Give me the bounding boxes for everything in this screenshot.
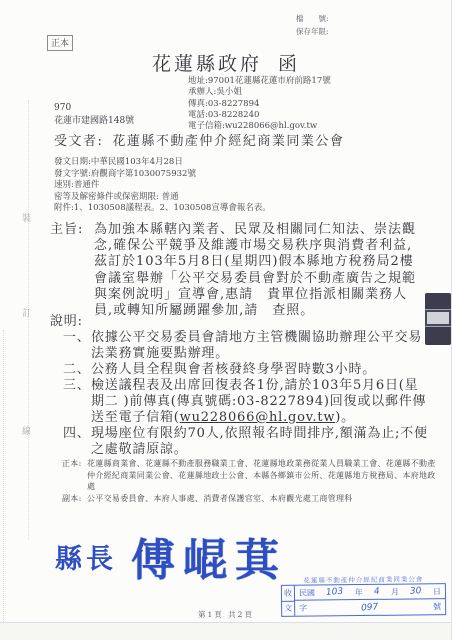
speed-class-line: 速別:普通件 <box>54 180 271 192</box>
recipient-mailing-block: 970 花蓮市建國路148號 <box>54 102 134 127</box>
explanation-item: 一、 依據公平交易委員會請地方主管機關協助辦理公平交易法業務實施要點辦理。 <box>63 330 432 362</box>
archive-labels: 檔 號: 保存年限: <box>296 12 329 38</box>
item-text: 現場座位有限約70人,依照報名時間排序,額滿為止;不便之處敬請原諒。 <box>91 426 432 458</box>
copy-recipients-row: 副本: 公平交易委員會、本府人事處、消費者保護官室、本府觀光處工商管理科 <box>62 493 438 505</box>
explanation-section: 說明: 一、 依據公平交易委員會請地方主管機關協助辦理公平交易法業務實施要點辦理… <box>50 314 432 458</box>
receipt-char-wen: 文 <box>282 601 294 616</box>
explanation-item: 三、 檢送議程表及出席回復表各1份,請於103年5月6日(星期二 )前傳真(傳真… <box>63 378 432 426</box>
number-suffix: 號 <box>433 601 441 612</box>
item-text: 公務人員全程與會者核發終身學習時數3小時。 <box>91 362 432 378</box>
explanation-item: 四、 現場座位有限約70人,依照報名時間排序,額滿為止;不便之處敬請原諒。 <box>63 426 432 458</box>
binding-mark-ding: 訂 <box>22 306 31 319</box>
original-recipients-row: 正本: 花蓮縣商業會、花蓮縣不動產服務職業工會、花蓮縣地政業務從業人員職業工會、… <box>62 458 438 493</box>
scan-bottom-margin <box>0 623 451 640</box>
item-text: 檢送議程表及出席回復表各1份,請於103年5月6日(星期二 )前傳真(傳真號碼:… <box>91 378 432 426</box>
item-number: 一、 <box>63 330 91 362</box>
month-label: 月 <box>391 586 399 597</box>
handwritten-month: 4 <box>374 587 381 597</box>
ink-seal-segment <box>425 310 451 326</box>
item-number: 三、 <box>63 378 91 426</box>
receipt-date-row: 民國 103 年 4 月 30 日 <box>295 584 445 601</box>
issue-number-line: 發文字號:府觀商字第1030075932號 <box>54 169 271 181</box>
receipt-stamp-org: 花蓮縣不動產仲介經紀商業同業公會 <box>281 574 446 585</box>
ink-seal-segment <box>425 293 451 310</box>
original-label: 正本: <box>62 458 87 493</box>
handwritten-day: 30 <box>410 586 422 597</box>
issuing-org-name: 花蓮縣政府 <box>152 53 262 75</box>
receipt-stamp-rows: 民國 103 年 4 月 30 日 字 097 號 <box>295 584 445 616</box>
subject-text: 為加強本縣轄內業者、民眾及相關同仁知法、崇法觀念,確保公平競爭及維護市場交易秩序… <box>94 222 426 319</box>
explanation-label: 說明: <box>50 314 432 330</box>
file-number-label: 檔 號: <box>296 12 329 25</box>
receipt-date-stamp: 花蓮縣不動產仲介經紀商業同業公會 收 文 民國 103 年 4 月 30 日 字 <box>281 574 446 617</box>
handwritten-year: 103 <box>326 587 344 598</box>
retention-period-label: 保存年限: <box>296 25 329 38</box>
item-number: 二、 <box>63 362 91 378</box>
addressee-line: 受文者:花蓮縣不動產仲介經紀商業同業公會 <box>54 130 344 149</box>
binding-mark-zhuang: 裝 <box>22 211 31 224</box>
receipt-stamp-grid: 收 文 民國 103 年 4 月 30 日 字 097 號 <box>281 583 446 617</box>
era-label: 民國 <box>299 587 315 598</box>
year-label: 年 <box>355 587 363 598</box>
signature-name: 傅崐萁 <box>131 524 287 588</box>
distribution-block: 正本: 花蓮縣商業會、花蓮縣不動產服務職業工會、花蓮縣地政業務從業人員職業工會、… <box>62 458 438 504</box>
copy-label: 副本: <box>62 493 87 505</box>
document-title: 花蓮縣政府函 <box>0 49 452 76</box>
issuer-address: 地址:97001花蓮縣花蓮市府前路17號 <box>188 76 331 87</box>
receipt-number-row: 字 097 號 <box>295 599 445 616</box>
receipt-char-shou: 收 <box>282 586 294 602</box>
binding-mark-xian: 線 <box>22 424 31 437</box>
item-number: 四、 <box>63 426 91 458</box>
original-recipients: 花蓮縣商業會、花蓮縣不動產服務職業工會、花蓮縣地政業務從業人員職業工會、花蓮縣不… <box>87 458 438 493</box>
receipt-stamp-left-column: 收 文 <box>282 586 295 616</box>
item-text-after: )。 <box>335 410 355 425</box>
signature-title: 縣長 <box>55 537 117 576</box>
subject-label: 主旨: <box>50 222 94 319</box>
ink-seal-segment <box>425 326 451 345</box>
security-class-line: 密等及解密條件或保密期限: 普通 <box>54 192 271 204</box>
subject-paragraph: 主旨: 為加強本縣轄內業者、民眾及相關同仁知法、崇法觀念,確保公平競爭及維護市場… <box>50 222 426 319</box>
item-text: 依據公平交易委員會請地方主管機關協助辦理公平交易法業務實施要點辦理。 <box>91 330 432 362</box>
scanned-official-letter-page: 裝 訂 線 檔 號: 保存年限: 正本 花蓮縣政府函 地址:97001花蓮縣花蓮… <box>0 0 452 640</box>
addressee-name: 花蓮縣不動產仲介經紀商業同業公會 <box>112 134 344 149</box>
explanation-item: 二、 公務人員全程與會者核發終身學習時數3小時。 <box>63 362 432 378</box>
document-type-label: 函 <box>278 53 300 75</box>
recipient-street: 花蓮市建國路148號 <box>54 115 134 128</box>
issuer-contact-person: 承辦人:吳小姐 <box>188 87 331 98</box>
copy-recipients: 公平交易委員會、本府人事處、消費者保護官室、本府觀光處工商管理科 <box>87 493 438 505</box>
number-prefix: 字 <box>299 603 307 614</box>
issue-date-line: 發文日期:中華民國103年4月28日 <box>54 157 271 169</box>
document-meta-block: 發文日期:中華民國103年4月28日 發文字號:府觀商字第1030075932號… <box>54 157 271 215</box>
binding-dotted-line <box>28 100 29 540</box>
mayor-signature-stamp: 縣長 傅崐萁 <box>55 524 287 588</box>
issuer-phone: 電話:03-8228240 <box>188 110 331 121</box>
handwritten-number: 097 <box>361 602 379 613</box>
reply-email: wu228066@hl.gov.tw <box>180 410 336 425</box>
addressee-label: 受文者: <box>54 134 103 149</box>
attachments-line: 附件:1、1030508議程表。2、1030508宣導會報名表。 <box>54 203 271 215</box>
ink-seal-icon <box>425 293 451 345</box>
day-label: 日 <box>433 586 441 597</box>
recipient-zip: 970 <box>54 102 134 115</box>
issuer-fax: 傳真:03-8227894 <box>188 99 331 110</box>
scan-edge-artifact <box>3 330 4 640</box>
issuer-contact-block: 地址:97001花蓮縣花蓮市府前路17號 承辦人:吳小姐 傳真:03-82278… <box>188 76 331 132</box>
